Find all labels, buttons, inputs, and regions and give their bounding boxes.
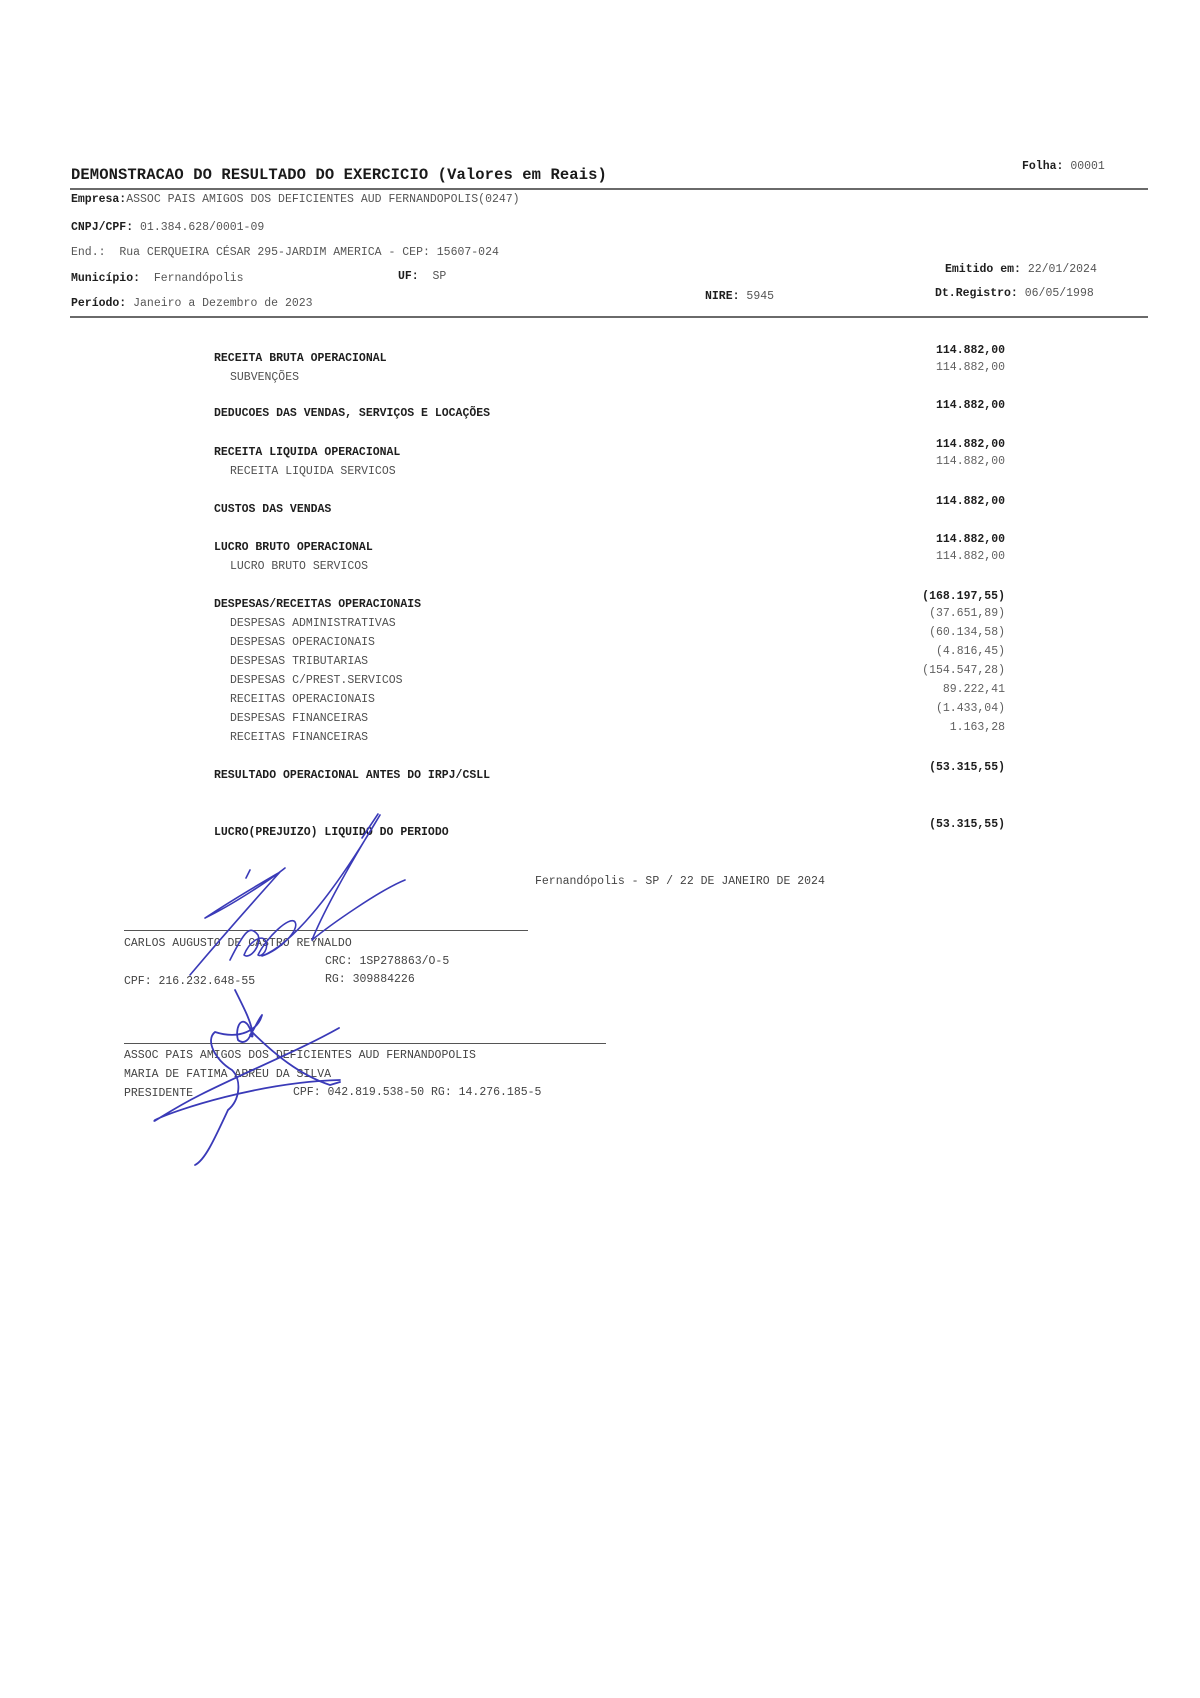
statement-row-label: DESPESAS C/PREST.SERVICOS bbox=[230, 674, 403, 687]
statement-row-label: DESPESAS ADMINISTRATIVAS bbox=[230, 617, 396, 630]
entity-name: ASSOC PAIS AMIGOS DOS DEFICIENTES AUD FE… bbox=[124, 1049, 476, 1062]
nire-label: NIRE: bbox=[705, 290, 740, 303]
folha-value: 00001 bbox=[1070, 160, 1105, 173]
statement-row-label: LUCRO BRUTO SERVICOS bbox=[230, 560, 368, 573]
statement-row-label: DESPESAS/RECEITAS OPERACIONAIS bbox=[214, 598, 421, 611]
municipio-label: Município: bbox=[71, 272, 140, 285]
empresa-value: ASSOC PAIS AMIGOS DOS DEFICIENTES AUD FE… bbox=[126, 193, 519, 206]
accountant-cpf: CPF: 216.232.648-55 bbox=[124, 975, 255, 988]
end-value: Rua CERQUEIRA CÉSAR 295-JARDIM AMERICA -… bbox=[119, 246, 499, 259]
accountant-name: CARLOS AUGUSTO DE CASTRO REYNALDO bbox=[124, 937, 352, 950]
registration-date-field: Dt.Registro: 06/05/1998 bbox=[935, 287, 1094, 300]
statement-row-value: 114.882,00 bbox=[936, 399, 1005, 412]
statement-row-value: (53.315,55) bbox=[929, 818, 1005, 831]
president-name: MARIA DE FATIMA ABREU DA SILVA bbox=[124, 1068, 331, 1081]
statement-row-label: LUCRO BRUTO OPERACIONAL bbox=[214, 541, 373, 554]
title-suffix: (Valores em Reais) bbox=[438, 166, 607, 184]
statement-row-label: RECEITA LIQUIDA OPERACIONAL bbox=[214, 446, 400, 459]
company-field: Empresa:ASSOC PAIS AMIGOS DOS DEFICIENTE… bbox=[71, 193, 520, 206]
accountant-crc: CRC: 1SP278863/O-5 bbox=[325, 955, 449, 968]
emitido-label: Emitido em: bbox=[945, 263, 1021, 276]
president-role: PRESIDENTE bbox=[124, 1087, 193, 1100]
municipio-field: Município: Fernandópolis bbox=[71, 272, 244, 285]
issued-date-field: Emitido em: 22/01/2024 bbox=[945, 263, 1097, 276]
entity-signature-line bbox=[124, 1043, 606, 1044]
address-field: End.: Rua CERQUEIRA CÉSAR 295-JARDIM AME… bbox=[71, 246, 499, 259]
statement-row-value: 1.163,28 bbox=[950, 721, 1005, 734]
accountant-signature-line bbox=[124, 930, 528, 931]
periodo-label: Período: bbox=[71, 297, 126, 310]
end-label: End.: bbox=[71, 246, 106, 259]
nire-field: NIRE: 5945 bbox=[705, 290, 774, 303]
statement-row-value: 89.222,41 bbox=[943, 683, 1005, 696]
dtreg-value: 06/05/1998 bbox=[1025, 287, 1094, 300]
statement-row-value: 114.882,00 bbox=[936, 495, 1005, 508]
emitido-value: 22/01/2024 bbox=[1028, 263, 1097, 276]
empresa-label: Empresa: bbox=[71, 193, 126, 206]
title-text: DEMONSTRACAO DO RESULTADO DO EXERCICIO bbox=[71, 166, 428, 184]
statement-row-label: RECEITAS FINANCEIRAS bbox=[230, 731, 368, 744]
statement-row-label: DESPESAS TRIBUTARIAS bbox=[230, 655, 368, 668]
statement-row-label: DESPESAS OPERACIONAIS bbox=[230, 636, 375, 649]
statement-row-label: RECEITA LIQUIDA SERVICOS bbox=[230, 465, 396, 478]
statement-row-label: DESPESAS FINANCEIRAS bbox=[230, 712, 368, 725]
statement-row-value: 114.882,00 bbox=[936, 533, 1005, 546]
statement-row-label: CUSTOS DAS VENDAS bbox=[214, 503, 331, 516]
place-and-date: Fernandópolis - SP / 22 DE JANEIRO DE 20… bbox=[535, 875, 825, 888]
statement-row-value: (154.547,28) bbox=[922, 664, 1005, 677]
statement-row-value: (53.315,55) bbox=[929, 761, 1005, 774]
statement-row-value: (37.651,89) bbox=[929, 607, 1005, 620]
cnpj-field: CNPJ/CPF: 01.384.628/0001-09 bbox=[71, 221, 264, 234]
uf-label: UF: bbox=[398, 270, 419, 283]
dtreg-label: Dt.Registro: bbox=[935, 287, 1018, 300]
cnpj-value: 01.384.628/0001-09 bbox=[140, 221, 264, 234]
statement-row-value: (1.433,04) bbox=[936, 702, 1005, 715]
document-title: DEMONSTRACAO DO RESULTADO DO EXERCICIO (… bbox=[71, 166, 607, 184]
statement-row-label: SUBVENÇÕES bbox=[230, 371, 299, 384]
statement-row-label: LUCRO(PREJUIZO) LIQUIDO DO PERIODO bbox=[214, 826, 449, 839]
statement-row-label: RESULTADO OPERACIONAL ANTES DO IRPJ/CSLL bbox=[214, 769, 490, 782]
accountant-rg: RG: 309884226 bbox=[325, 973, 415, 986]
statement-row-value: 114.882,00 bbox=[936, 550, 1005, 563]
statement-row-value: (4.816,45) bbox=[936, 645, 1005, 658]
page-number: Folha: 00001 bbox=[1022, 160, 1105, 173]
statement-row-value: 114.882,00 bbox=[936, 455, 1005, 468]
president-cpf-rg: CPF: 042.819.538-50 RG: 14.276.185-5 bbox=[293, 1086, 541, 1099]
nire-value: 5945 bbox=[746, 290, 774, 303]
statement-row-label: RECEITAS OPERACIONAIS bbox=[230, 693, 375, 706]
cnpj-label: CNPJ/CPF: bbox=[71, 221, 133, 234]
statement-row-label: RECEITA BRUTA OPERACIONAL bbox=[214, 352, 387, 365]
header-top-rule bbox=[70, 188, 1148, 190]
header-bottom-rule bbox=[70, 316, 1148, 318]
municipio-value: Fernandópolis bbox=[154, 272, 244, 285]
period-field: Período: Janeiro a Dezembro de 2023 bbox=[71, 297, 313, 310]
statement-row-value: (168.197,55) bbox=[922, 590, 1005, 603]
periodo-value: Janeiro a Dezembro de 2023 bbox=[133, 297, 312, 310]
uf-field: UF: SP bbox=[398, 270, 446, 283]
uf-value: SP bbox=[433, 270, 447, 283]
folha-label: Folha: bbox=[1022, 160, 1063, 173]
statement-row-label: DEDUCOES DAS VENDAS, SERVIÇOS E LOCAÇÕES bbox=[214, 407, 490, 420]
statement-row-value: 114.882,00 bbox=[936, 344, 1005, 357]
statement-row-value: 114.882,00 bbox=[936, 438, 1005, 451]
statement-row-value: (60.134,58) bbox=[929, 626, 1005, 639]
statement-row-value: 114.882,00 bbox=[936, 361, 1005, 374]
